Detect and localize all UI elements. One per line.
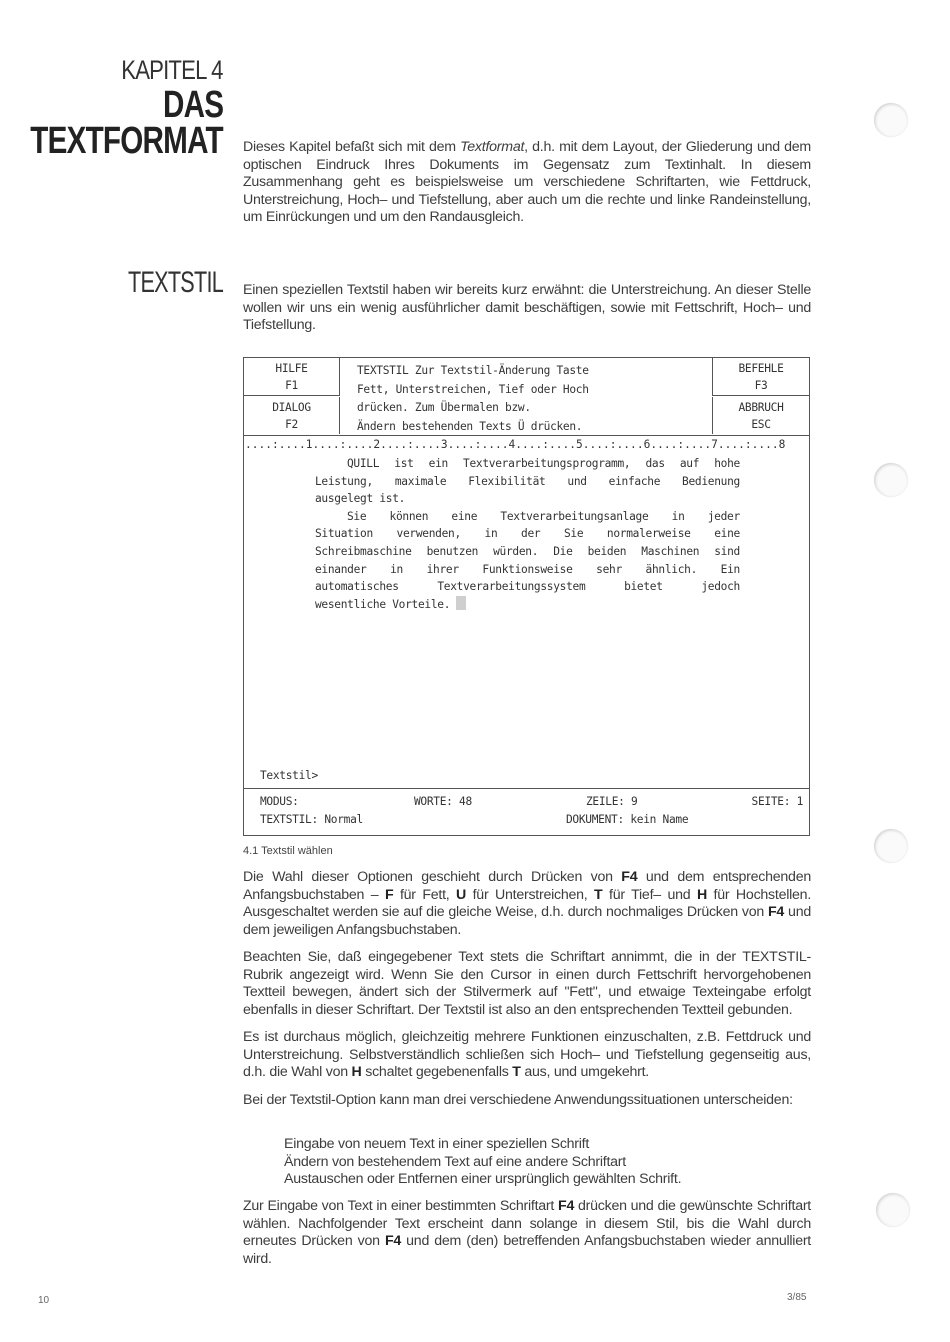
dialog-key-label: DIALOG: [244, 399, 339, 416]
body-paragraph-1: Die Wahl dieser Optionen geschieht durch…: [243, 869, 811, 939]
document-line: Leistung,maximaleFlexibilitätundeinfache…: [315, 473, 740, 491]
status-line: ZEILE: 9: [586, 795, 637, 808]
text-cursor: [456, 596, 466, 610]
column-ruler: ....:....1....:....2....:....3....:....4…: [245, 438, 785, 451]
date-code: 3/85: [787, 1292, 806, 1303]
dialog-key-shortcut: F2: [244, 416, 339, 433]
help-header: HILFE F1 DIALOG F2 TEXTSTIL Zur Textstil…: [244, 358, 809, 436]
cancel-key-shortcut: ESC: [713, 416, 809, 433]
body-paragraph-3: Es ist durchaus möglich, gleichzeitig me…: [243, 1029, 811, 1082]
punch-hole-icon: [874, 829, 908, 863]
commands-key-label: BEFEHLE: [713, 360, 809, 377]
status-word-count: WORTE: 48: [414, 795, 472, 808]
help-key-shortcut: F1: [244, 377, 339, 394]
document-line: QUILListeinTextverarbeitungsprogramm,das…: [315, 455, 740, 473]
chapter-label: KAPITEL 4: [122, 55, 223, 86]
help-key-label: HILFE: [244, 360, 339, 377]
quill-screen-figure: HILFE F1 DIALOG F2 TEXTSTIL Zur Textstil…: [243, 357, 810, 836]
help-text: TEXTSTIL Zur Textstil-Änderung Taste Fet…: [357, 362, 589, 436]
document-line: Schreibmaschinebenutzenwürden.DiebeidenM…: [315, 543, 740, 561]
section-title: TEXTSTIL: [128, 266, 223, 300]
section-intro-paragraph: Einen speziellen Textstil haben wir bere…: [243, 282, 811, 335]
list-item: Eingabe von neuem Text in einer speziell…: [284, 1136, 681, 1154]
help-key[interactable]: HILFE F1: [244, 358, 340, 396]
status-page: SEITE: 1: [752, 795, 803, 808]
command-prompt[interactable]: Textstil>: [260, 769, 318, 782]
status-document-name: DOKUMENT: kein Name: [566, 813, 688, 826]
list-item: Austauschen oder Entfernen einer ursprün…: [284, 1171, 681, 1189]
chapter-title-line2: TEXTFORMAT: [30, 120, 223, 163]
document-line: automatischesTextverarbeitungssystembiet…: [315, 578, 740, 596]
document-line: ausgelegt ist.: [315, 490, 740, 508]
dialog-key[interactable]: DIALOG F2: [244, 397, 340, 434]
intro-italic-term: Textformat: [460, 139, 524, 155]
document-text-area[interactable]: QUILListeinTextverarbeitungsprogramm,das…: [315, 455, 740, 613]
cancel-key[interactable]: ABBRUCH ESC: [712, 397, 809, 434]
document-line: wesentliche Vorteile.: [315, 596, 740, 614]
body-paragraph-4: Bei der Textstil-Option kann man drei ve…: [243, 1092, 811, 1110]
commands-key[interactable]: BEFEHLE F3: [712, 358, 809, 396]
page-number: 10: [38, 1295, 49, 1306]
document-line: Situationverwenden,inderSienormalerweise…: [315, 525, 740, 543]
punch-hole-icon: [874, 103, 908, 137]
intro-text: Dieses Kapitel befaßt sich mit dem: [243, 139, 460, 155]
document-line: SiekönneneineTextverarbeitungsanlageinje…: [315, 508, 740, 526]
use-case-list: Eingabe von neuem Text in einer speziell…: [284, 1136, 681, 1189]
cancel-key-label: ABBRUCH: [713, 399, 809, 416]
body-paragraph-5: Zur Eingabe von Text in einer bestimmten…: [243, 1198, 811, 1268]
status-textstyle: TEXTSTIL: Normal: [260, 813, 363, 826]
body-paragraph-2: Beachten Sie, daß eingegebener Text stet…: [243, 949, 811, 1019]
commands-key-shortcut: F3: [713, 377, 809, 394]
list-item: Ändern von bestehendem Text auf eine and…: [284, 1154, 681, 1172]
document-line: einanderinihrerFunktionsweisesehrähnlich…: [315, 561, 740, 579]
status-mode: MODUS:: [260, 795, 299, 808]
figure-caption: 4.1 Textstil wählen: [243, 845, 333, 857]
chapter-intro-paragraph: Dieses Kapitel befaßt sich mit dem Textf…: [243, 139, 811, 227]
punch-hole-icon: [876, 1193, 910, 1227]
status-bar: MODUS: WORTE: 48 ZEILE: 9 SEITE: 1 TEXTS…: [244, 788, 809, 837]
punch-hole-icon: [874, 463, 908, 497]
